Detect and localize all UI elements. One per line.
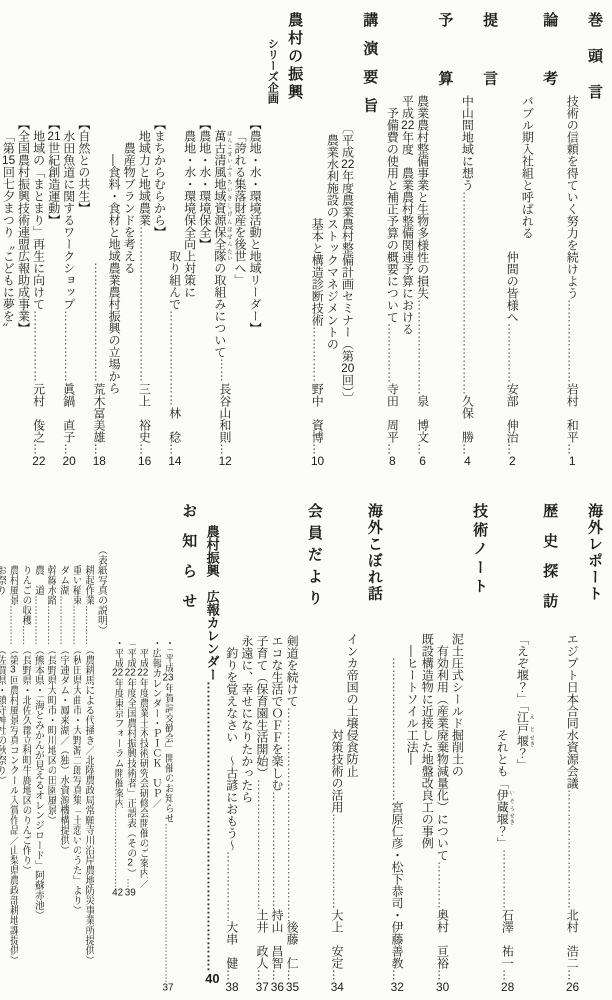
entry-title: 基本と構造診断技術 — [309, 218, 324, 326]
toc-entry: ダム湖……………（宇連ダム・鳳来湖／（独）水資源機構提供） — [56, 503, 69, 993]
dot-leader: …………………………………………………………………………………………………………… — [389, 657, 404, 801]
toc-entry: 対策技術の活用………………………………………………………………………………………… — [329, 503, 344, 993]
entry-title: 平成22年度 農業農村整備関連予算における — [399, 95, 414, 335]
entry-title: 【21世紀創造運動】 — [46, 118, 61, 226]
toc-entry: りんごの収穫……（長野県・北佐久郡立科町牛鹿地区のりんご作り） — [18, 503, 31, 993]
entry-title: 農業農村整備事業と生物多様性の損失 — [414, 95, 429, 299]
entry-author-page: 泉 博文…6 — [414, 395, 429, 467]
section-heading: お知らせ — [177, 503, 199, 993]
entry-title: ―ヒートソイル工法― — [404, 645, 419, 765]
toc-upper-half: 巻頭言技術の信頼を得ていく努力を続けよう……………………………………………………… — [4, 12, 606, 467]
dot-leader: …………………………………………………………………………………………………………… — [564, 789, 579, 909]
entry-title: 〔平成22年度農業農村整備計画セミナー（第20回）〕 — [339, 122, 354, 404]
entry-author-page: 40 — [203, 972, 219, 985]
toc-entry: 【21世紀創造運動】 — [46, 12, 61, 467]
entry-title: 「第15回七夕まつり〝こどもに夢を〟 — [0, 130, 15, 334]
toc-section-rekishi-tanbo: 歴史探訪「えぞ堰？」「江戸えど堰ぜき？」それとも「伊蔵いぞう堰ぜき？」……………… — [494, 503, 560, 993]
entry-title: 耕起作業…………（農耕馬による代掻き／北陸農政局常願寺川沿岸農地防災事業所提供） — [81, 565, 94, 965]
entry-title: ・「平成23年賀詞交歓会」開催のお知らせ — [161, 638, 174, 823]
toc-lower-half: 海外レポートエジプト日本合同水資源会議………………………………………………………… — [4, 503, 606, 993]
entry-author-page: 長谷山和則…12 — [212, 383, 232, 467]
entry-title: 平成22年度農業土木技術研究会研修会開催のご案内／ — [136, 648, 149, 888]
entry-author-page: 寺田 周平…8 — [384, 383, 399, 467]
toc-entry: 永遠に、幸せになりたかったら — [239, 503, 254, 993]
entry-author-page: 元村 俊之…22 — [30, 383, 45, 467]
dot-leader: …………………………………………………………………………………………………………… — [111, 808, 124, 888]
entry-author-page: 北村 浩二…26 — [564, 909, 579, 993]
toc-section-koen-yoshi: 講演要旨〔平成22年度農業農村整備計画セミナー（第20回）〕農業水利施設のストッ… — [309, 12, 380, 467]
entry-author-page: 大上 安定…34 — [329, 909, 344, 993]
toc-section-hyoshi-shashin-setsumei: （表紙写真の説明）耕起作業…………（農耕馬による代掻き／北陸農政局常願寺川沿岸農… — [0, 503, 107, 993]
toc-entry: 【農地・水・環境活動と地域リーダー】 — [247, 12, 262, 467]
entry-author-page: 大串 健…38 — [224, 921, 239, 993]
dot-leader: …………………………………………………………………………………………………………… — [161, 823, 174, 983]
entry-title: 農業水利施設のストックマネジメントの — [324, 134, 339, 350]
toc-section-oshirase: お知らせ・「平成23年賀詞交歓会」開催のお知らせ…………………………………………… — [111, 503, 200, 993]
toc-entry: 子育て（保育園生活開始）…………………………………………………………………………… — [254, 503, 269, 993]
dot-leader: …………………………………………………………………………………………………………… — [224, 851, 239, 921]
entry-title: 取り組んで — [166, 250, 181, 310]
toc-entry: 予備費の使用と補正予算の概要について…………………………………………………………… — [384, 12, 399, 467]
toc-entry: 〔平成22年度農業農村整備計画セミナー（第20回）〕 — [339, 12, 354, 467]
entry-title: 既設構造物に近接した地盤改良工の事例 — [419, 633, 434, 849]
entry-title: 水田魚道に関するワークショップ — [61, 130, 76, 310]
toc-entry: 技術の信頼を得ていく努力を続けよう……………………………………………………………… — [564, 12, 579, 467]
entry-title: 幹線水路…………（長野県大町市・町川地区の田園風景） — [44, 565, 57, 825]
section-heading: 海外こぼれ話 — [363, 503, 385, 993]
dot-leader: …………………………………………………………………………………………………………… — [30, 310, 45, 383]
toc-section-kaigai-report: 海外レポートエジプト日本合同水資源会議………………………………………………………… — [564, 503, 605, 993]
toc-section-kaigai-koborebanashi: 海外こぼれ話インカ帝国の土壌侵食防止対策技術の活用………………………………………… — [329, 503, 385, 993]
toc-entry: 農村風景…………（第3回農村風景写真コンクール入賞作品／山梨県農政部耕地課提供） — [6, 503, 19, 993]
entry-author-page: 岩村 和平…1 — [564, 383, 579, 467]
toc-entry: 中山間地域に想う……………………………………………………………………………………… — [459, 12, 474, 467]
entry-author-page: 野中 資博…10 — [309, 383, 324, 467]
toc-entry: それとも「伊蔵いぞう堰ぜき？」…………………………………………………………………… — [494, 503, 514, 993]
entry-title: エコな生活でＯＦＦを楽しむ — [269, 635, 284, 791]
entry-author-page: 安部 伸治…2 — [504, 383, 519, 467]
toc-entry: 既設構造物に近接した地盤改良工の事例 — [419, 503, 434, 993]
entry-title: 剣道を続けて — [284, 635, 299, 707]
toc-entry: 【まちからむらから】 — [151, 12, 166, 467]
section-heading: 歴史探訪 — [538, 503, 560, 993]
entry-title: 有効利用（産業廃棄物減量化）について — [434, 645, 449, 861]
toc-entry: 農業水利施設のストックマネジメントの — [324, 12, 339, 467]
toc-entry: 「平成22年度全国農村振興技術者」正誤表（その2）………………………………………… — [123, 503, 136, 993]
section-heading: 講演要旨 — [358, 12, 380, 467]
dot-leader: …………………………………………………………………………………………………………… — [504, 323, 519, 383]
entry-author-page: 眞鍋 直子…20 — [61, 383, 76, 467]
entry-author-page: 三上 裕史…16 — [136, 383, 151, 467]
toc-entry: 幹線水路…………（長野県大町市・町川地区の田園風景） — [44, 503, 57, 993]
toc-entry: 地域の「まとまり」再生に向けて…………………………………………………………………… — [30, 12, 45, 467]
toc-section-noson-no-shinko-series: 農村の振興シリーズ企画【農地・水・環境活動と地域リーダー】「誇れる集落財産を後世… — [0, 12, 305, 467]
entry-title: 「平成22年度全国農村振興技術者」正誤表（その2） — [123, 638, 136, 878]
entry-title: 農村風景…………（第3回農村風景写真コンクール入賞作品／山梨県農政部耕地課提供） — [6, 565, 19, 965]
toc-entry: ・「平成23年賀詞交歓会」開催のお知らせ……………………………………………………… — [161, 503, 174, 993]
dot-leader: …………………………………………………………………………………………………………… — [459, 191, 474, 395]
entry-title: 農村振興 広報カレンダー — [203, 525, 219, 681]
entry-title: 農産物ブランドを考える — [121, 142, 136, 274]
entry-title: 「えぞ堰？」「江戸えど堰ぜき？」 — [514, 633, 534, 771]
entry-title: 仲間の皆様へ — [504, 251, 519, 323]
toc-entry: ―ヒートソイル工法― — [404, 503, 419, 993]
dot-leader: …………………………………………………………………………………………………………… — [91, 262, 106, 383]
entry-author-page: 林 稔…14 — [166, 407, 181, 467]
toc-entry: 取り組んで……………………………………………………………………………………………… — [166, 12, 181, 467]
toc-entry: 仲間の皆様へ…………………………………………………………………………………………… — [504, 12, 519, 467]
dot-leader: …………………………………………………………………………………………………………… — [384, 323, 399, 383]
toc-entry: 「えぞ堰？」「江戸えど堰ぜき？」 — [514, 503, 534, 993]
entry-title: エジプト日本合同水資源会議 — [564, 633, 579, 789]
entry-title: 釣りを覚えなさい ～古諺におもう～ — [224, 647, 239, 851]
toc-entry: 釣りを覚えなさい ～古諺におもう～……………………………………………………………… — [224, 503, 239, 993]
dot-leader: …………………………………………………………………………………………………………… — [203, 681, 219, 972]
dot-leader: …………………………………………………………………………………………………………… — [61, 310, 76, 383]
entry-title: 農 道……………（熊本県・「海とみかんが見えるオレンジロード」阿蘇赤池） — [31, 565, 44, 920]
entry-title: ・広報カレンダー・ＰＩＣＫ ＵＰ／ — [148, 638, 161, 808]
toc-entry: …………………………………………………………………………………………………………… — [389, 503, 404, 993]
entry-title: 萬古清風ばんこせいふう地域ちいき資源しげん保全隊ほぜんたいの取組みについて — [212, 130, 232, 358]
entry-title: 子育て（保育園生活開始） — [254, 635, 269, 779]
entry-title: インカ帝国の土壌侵食防止 — [344, 633, 359, 777]
toc-section-kaiin-dayori: 会員だより剣道を続けて……………………………………………………………………………… — [224, 503, 325, 993]
toc-section-teigen: 提言中山間地域に想う………………………………………………………………………………… — [459, 12, 500, 467]
toc-section-kantogen: 巻頭言技術の信頼を得ていく努力を続けよう……………………………………………………… — [564, 12, 605, 467]
entry-author-page: 久保 勝…4 — [459, 395, 474, 467]
entry-title: 地域力と地域農業 — [136, 130, 151, 226]
toc-entry: 泥土圧式シールド掘削土の — [449, 503, 464, 993]
dot-leader: …………………………………………………………………………………………………………… — [284, 707, 299, 921]
entry-title: それとも「伊蔵いぞう堰ぜき？」 — [494, 729, 514, 849]
section-heading: 会員だより — [303, 503, 325, 993]
section-heading: 予算 — [434, 12, 456, 467]
entry-author-page: 42 — [111, 888, 124, 898]
toc-entry: 【自然との共生】 — [76, 12, 91, 467]
entry-title: 【農地・水・環境活動と地域リーダー】 — [247, 118, 262, 334]
section-heading: 農村の振興 — [283, 12, 305, 467]
toc-entry: 平成22年度 農業農村整備関連予算における — [399, 12, 414, 467]
section-subheading: シリーズ企画 — [265, 12, 279, 467]
toc-entry: 耕起作業…………（農耕馬による代掻き／北陸農政局常願寺川沿岸農地防災事業所提供） — [81, 503, 94, 993]
toc-entry: 基本と構造診断技術…………………………………………………………………………………… — [309, 12, 324, 467]
toc-entry: 地域力と地域農業……………………………………………………………………………………… — [136, 12, 151, 467]
toc-section-gijutsu-note: 技術ノート泥土圧式シールド掘削土の有効利用（産業廃棄物減量化）について……………… — [389, 503, 490, 993]
dot-leader: …………………………………………………………………………………………………………… — [329, 813, 344, 909]
toc-entry: 有効利用（産業廃棄物減量化）について…………………………………………………………… — [434, 503, 449, 993]
entry-title: 農地・水・環境保全向上対策に — [182, 130, 197, 298]
dot-leader: …………………………………………………………………………………………………………… — [309, 326, 324, 383]
toc-entry: 農 道……………（熊本県・「海とみかんが見えるオレンジロード」阿蘇赤池） — [31, 503, 44, 993]
entry-title: 永遠に、幸せになりたかったら — [239, 635, 254, 803]
toc-entry: エジプト日本合同水資源会議………………………………………………………………………… — [564, 503, 579, 993]
dot-leader: …………………………………………………………………………………………………………… — [136, 226, 151, 383]
entry-author-page: 後藤 仁…35 — [284, 921, 299, 993]
dot-leader: …………………………………………………………………………………………………………… — [414, 299, 429, 395]
toc-entry: 萬古清風ばんこせいふう地域ちいき資源しげん保全隊ほぜんたいの取組みについて………… — [212, 12, 232, 467]
entry-title: ―食料・食材と地域農業農村振興の立場から — [106, 154, 121, 394]
section-heading: 提言 — [478, 12, 500, 467]
dot-leader: …………………………………………………………………………………………………………… — [494, 849, 514, 909]
entry-title: 技術の信頼を得ていく努力を続けよう — [564, 95, 579, 299]
entry-author-page: 37 — [161, 983, 174, 993]
entry-title: 「誇れる集落財産を後世へ」 — [232, 130, 247, 286]
entry-title: お祭り……………（佐賀県・鎮守神社の秋祭り） — [0, 565, 6, 785]
entry-title: 【農地・水・環境保全】 — [197, 118, 212, 250]
dot-leader: …………………………………………………………………………………………………………… — [254, 779, 269, 909]
toc-entry: 農業農村整備事業と生物多様性の損失……………………………………………………………… — [414, 12, 429, 467]
entry-title: バブル期入社組と呼ばれる — [519, 95, 534, 239]
toc-entry: （表紙写真の説明） — [94, 503, 107, 993]
entry-title: 予備費の使用と補正予算の概要について — [384, 107, 399, 323]
toc-entry: 農地・水・環境保全向上対策に — [182, 12, 197, 467]
entry-author-page: 荒木富美雄…18 — [91, 383, 106, 467]
entry-title: 【まちからむらから】 — [151, 118, 166, 238]
entry-author-page: 39 — [123, 888, 136, 898]
entry-author-page: 土井 政人…37 — [254, 909, 269, 993]
toc-entry: 剣道を続けて…………………………………………………………………………………………… — [284, 503, 299, 993]
entry-title: 泥土圧式シールド掘削土の — [449, 633, 464, 777]
entry-author-page: 持山 昌智…36 — [269, 909, 284, 993]
toc-entry: エコな生活でＯＦＦを楽しむ………………………………………………………………………… — [269, 503, 284, 993]
toc-entry: 重い稲束…………（秋田県大曲市・大野源二郎写真集「土恋いのうた」より） — [69, 503, 82, 993]
toc-entry: 「誇れる集落財産を後世へ」 — [232, 12, 247, 467]
toc-section-yosan: 予算農業農村整備事業と生物多様性の損失………………………………………………………… — [384, 12, 455, 467]
section-heading: 海外レポート — [583, 503, 605, 993]
toc-entry: バブル期入社組と呼ばれる — [519, 12, 534, 467]
entry-title: ダム湖……………（宇連ダム・鳳来湖／（独）水資源機構提供） — [56, 565, 69, 855]
toc-entry: 水田魚道に関するワークショップ…………………………………………………………………… — [61, 12, 76, 467]
dot-leader: …………………………………………………………………………………………………………… — [564, 299, 579, 383]
entry-title: 対策技術の活用 — [329, 729, 344, 813]
toc-entry: …………………………………………………………………………………………………………… — [91, 12, 106, 467]
entry-author-page: 石澤 祐一…28 — [494, 909, 514, 993]
toc-entry: 平成22年度農業土木技術研究会研修会開催のご案内／ — [136, 503, 149, 993]
dot-leader: …………………………………………………………………………………………………………… — [269, 791, 284, 909]
entry-title: ・平成22年度東京フォーラム開催案内 — [111, 638, 124, 808]
toc-section-ronko: 論考バブル期入社組と呼ばれる仲間の皆様へ……………………………………………………… — [504, 12, 560, 467]
toc-entry: 農村振興 広報カレンダー…………………………………………………………………………… — [203, 503, 219, 993]
section-heading: 論考 — [538, 12, 560, 467]
entry-title: 【全国農村振興技術連盟広報助成事業】 — [15, 118, 30, 334]
entry-author-page: 宮原仁彦・松下恭司・伊藤善教…32 — [389, 801, 404, 993]
dot-leader: …………………………………………………………………………………………………………… — [123, 878, 136, 888]
toc-entry: 「第15回七夕まつり〝こどもに夢を〟 — [0, 12, 15, 467]
toc-entry: インカ帝国の土壌侵食防止 — [344, 503, 359, 993]
entry-title: （表紙写真の説明） — [94, 545, 107, 635]
toc-entry: ―食料・食材と地域農業農村振興の立場から — [106, 12, 121, 467]
section-heading: 巻頭言 — [583, 12, 605, 467]
dot-leader: …………………………………………………………………………………………………………… — [434, 861, 449, 909]
entry-author-page: 奥村 亘裕…30 — [434, 909, 449, 993]
entry-title: 中山間地域に想う — [459, 95, 474, 191]
dot-leader: …………………………………………………………………………………………………………… — [166, 310, 181, 407]
toc-entry: 農産物ブランドを考える — [121, 12, 136, 467]
entry-title: りんごの収穫……（長野県・北佐久郡立科町牛鹿地区のりんご作り） — [18, 565, 31, 875]
entry-title: 地域の「まとまり」再生に向けて — [30, 130, 45, 310]
entry-title: 重い稲束…………（秋田県大曲市・大野源二郎写真集「土恋いのうた」より） — [69, 565, 82, 915]
toc-entry: 【農地・水・環境保全】 — [197, 12, 212, 467]
dot-leader: …………………………………………………………………………………………………………… — [212, 358, 232, 383]
toc-entry: ・平成22年度東京フォーラム開催案内…………………………………………………………… — [111, 503, 124, 993]
entry-title: 【自然との共生】 — [76, 118, 91, 214]
section-heading: 技術ノート — [468, 503, 490, 993]
toc-entry: ・広報カレンダー・ＰＩＣＫ ＵＰ／ — [148, 503, 161, 993]
toc-entry: 【全国農村振興技術連盟広報助成事業】 — [15, 12, 30, 467]
toc-section-koho-calendar: 農村振興 広報カレンダー…………………………………………………………………………… — [203, 503, 219, 993]
